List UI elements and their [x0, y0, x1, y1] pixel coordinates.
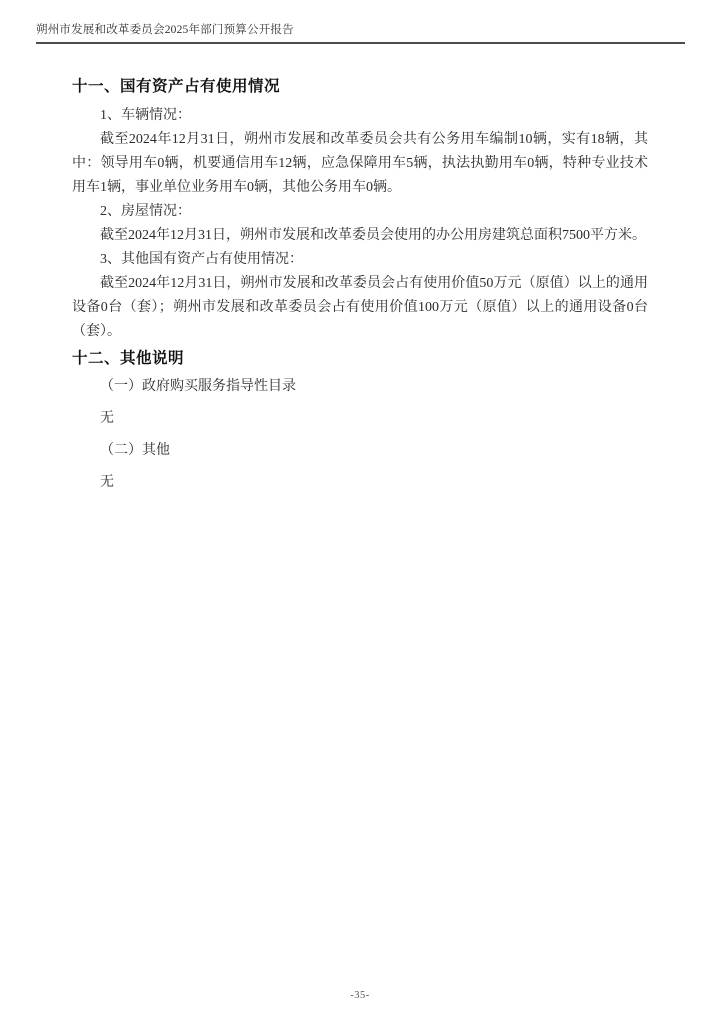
- housing-paragraph: 截至2024年12月31日，朔州市发展和改革委员会使用的办公用房建筑总面积750…: [72, 224, 648, 248]
- document-page: 朔州市发展和改革委员会2025年部门预算公开报告 十一、国有资产占有使用情况 1…: [0, 0, 720, 1019]
- other-notes-value: 无: [72, 471, 648, 495]
- housing-label: 2、房屋情况：: [72, 200, 648, 224]
- vehicles-label: 1、车辆情况：: [72, 104, 648, 128]
- page-number: -35-: [350, 990, 370, 1001]
- other-assets-label: 3、其他国有资产占有使用情况：: [72, 248, 648, 272]
- gov-purchase-catalog-label: （一）政府购买服务指导性目录: [72, 375, 648, 399]
- section-11-heading: 十一、国有资产占有使用情况: [72, 76, 648, 97]
- vehicles-paragraph: 截至2024年12月31日，朔州市发展和改革委员会共有公务用车编制10辆，实有1…: [72, 128, 648, 200]
- document-header-title: 朔州市发展和改革委员会2025年部门预算公开报告: [36, 24, 294, 36]
- document-body: 十一、国有资产占有使用情况 1、车辆情况： 截至2024年12月31日，朔州市发…: [72, 38, 648, 503]
- other-notes-label: （二）其他: [72, 439, 648, 463]
- other-assets-paragraph: 截至2024年12月31日，朔州市发展和改革委员会占有使用价值50万元（原值）以…: [72, 272, 648, 344]
- gov-purchase-catalog-value: 无: [72, 407, 648, 431]
- section-12-heading: 十二、其他说明: [72, 348, 648, 369]
- document-footer: -35-: [0, 985, 720, 1003]
